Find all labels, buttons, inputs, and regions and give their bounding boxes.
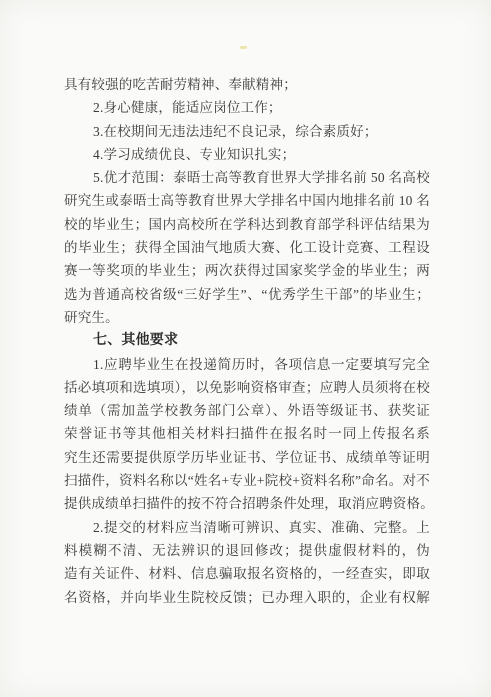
text-line: 赛一等奖项的毕业生；两次获得过国家奖学金的毕业生；两次评 [64, 259, 430, 282]
text-line: 荣誉证书等其他相关材料扫描件在报名时一同上传报名系统，研 [64, 422, 430, 445]
text-line: 括必填项和选填项），以免影响资格审查；应聘人员须将在校成 [64, 376, 430, 399]
text-line: 名资格，并向毕业生院校反馈；已办理入职的，企业有权解除劳 [64, 586, 430, 609]
scan-artifact [240, 46, 247, 49]
text-line: 造有关证件、材料、信息骗取报名资格的，一经查实，即取消报 [64, 562, 430, 585]
text-line: 研究生或泰晤士高等教育世界大学排名中国内地排名前 10 名高 [64, 189, 430, 212]
text-line: 绩单（需加盖学校教务部门公章）、外语等级证书、获奖证书、 [64, 399, 430, 422]
text-line: 研究生。 [64, 306, 430, 329]
text-line: 1.应聘毕业生在投递简历时，各项信息一定要填写完全（包 [64, 353, 430, 376]
text-line: 2.提交的材料应当清晰可辨识、真实、准确、完整。上传资 [64, 516, 430, 539]
text-line: 选为普通高校省级“三好学生”、“优秀学生干部”的毕业生；博士 [64, 283, 430, 306]
text-line: 的毕业生；获得全国油气地质大赛、化工设计竞赛、工程设计大 [64, 236, 430, 259]
section-heading: 七、其他要求 [64, 329, 430, 352]
text-line: 究生还需要提供原学历毕业证书、学位证书、成绩单等证明材料 [64, 446, 430, 469]
text-line: 5.优才范围：泰晤士高等教育世界大学排名前 50 名高校的 [64, 166, 430, 189]
text-line: 料模糊不清、无法辨识的退回修改；提供虚假材料的，伪造、变 [64, 539, 430, 562]
text-line: 校的毕业生；国内高校所在学科达到教育部学科评估结果为 A+ [64, 213, 430, 236]
text-line: 2.身心健康，能适应岗位工作； [64, 96, 430, 119]
text-line: 4.学习成绩优良、专业知识扎实； [64, 143, 430, 166]
text-line: 具有较强的吃苦耐劳精神、奉献精神； [64, 73, 430, 96]
text-line: 扫描件，资料名称以“姓名+专业+院校+资料名称”命名。对不 [64, 469, 430, 492]
text-line: 3.在校期间无违法违纪不良记录，综合素质好； [64, 120, 430, 143]
text-line: 提供成绩单扫描件的按不符合招聘条件处理，取消应聘资格。 [64, 492, 430, 515]
document-text-block: 具有较强的吃苦耐劳精神、奉献精神； 2.身心健康，能适应岗位工作； 3.在校期间… [64, 73, 430, 609]
document-page: 具有较强的吃苦耐劳精神、奉献精神； 2.身心健康，能适应岗位工作； 3.在校期间… [0, 0, 491, 697]
